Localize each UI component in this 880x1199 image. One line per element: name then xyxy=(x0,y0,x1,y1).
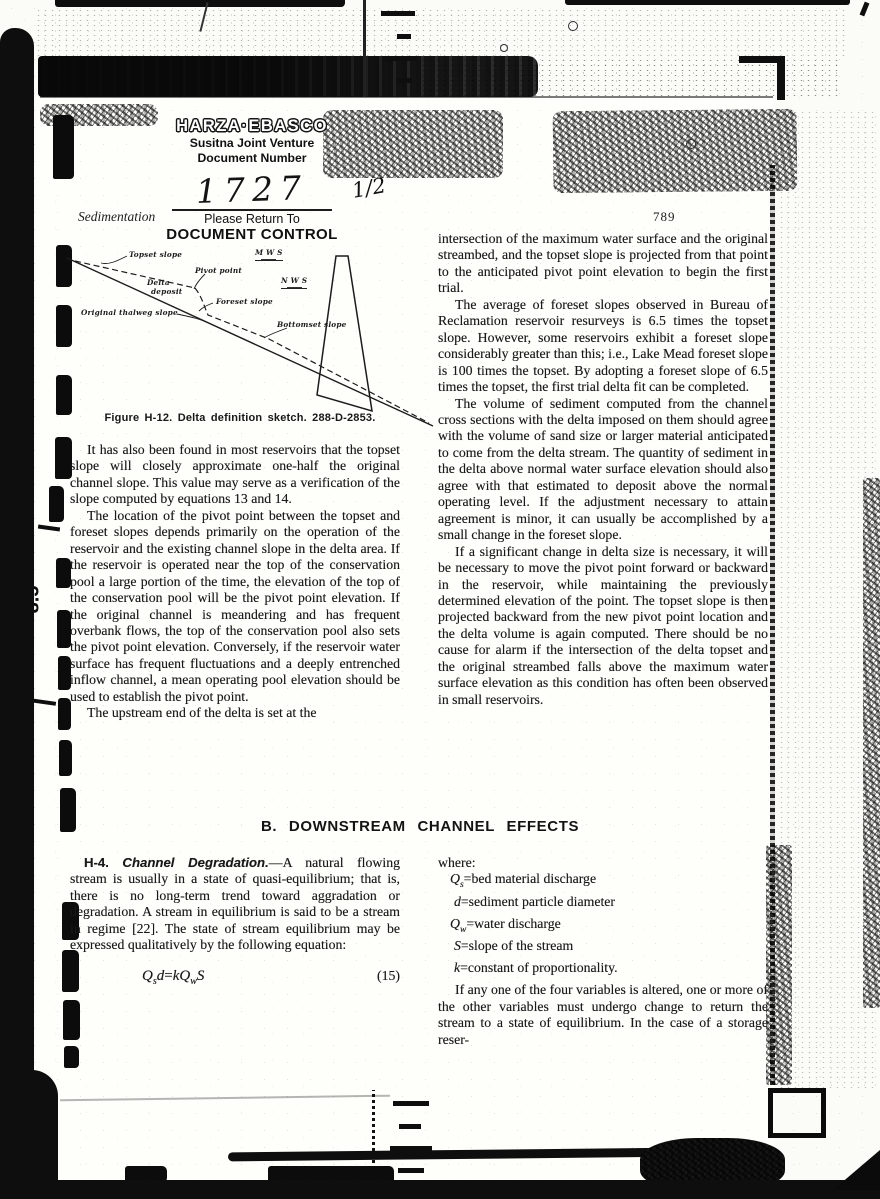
stamp-doc-number-label: Document Number xyxy=(150,151,354,166)
where-item: S=slope of the stream xyxy=(438,938,768,960)
binding-blob xyxy=(63,1000,80,1040)
margin-scale-label: 8.5 xyxy=(22,569,45,631)
scan-edge-mark xyxy=(565,0,850,5)
binding-blob xyxy=(57,610,71,648)
corner-bracket xyxy=(777,56,785,100)
scan-bottom-edge xyxy=(0,1180,880,1199)
scan-speck xyxy=(686,139,696,149)
label-topset-slope: Topset slope xyxy=(129,250,182,259)
document-control-stamp: HARZA·EBASCO Susitna Joint Venture Docum… xyxy=(150,117,354,243)
scan-edge-mark xyxy=(55,0,345,7)
paragraph: If a significant change in delta size is… xyxy=(438,544,768,709)
where-item: Qs=bed material discharge xyxy=(438,871,768,893)
label-max-water-surface: M W S xyxy=(255,248,283,261)
page-number: 789 xyxy=(653,209,676,225)
h4-title: Channel Degradation. xyxy=(122,855,268,870)
binding-blob xyxy=(53,115,74,179)
binding-line xyxy=(363,0,366,97)
binding-blob xyxy=(64,1046,79,1068)
dash-mark xyxy=(397,34,411,39)
where-item: Qw=water discharge xyxy=(438,916,768,938)
paragraph: intersection of the maximum water surfac… xyxy=(438,231,768,297)
scan-mottle xyxy=(766,845,792,1085)
dash-mark xyxy=(382,56,416,61)
figure-delta-sketch: Topset slope Pivot point Delta deposit F… xyxy=(55,244,440,436)
scan-speck xyxy=(860,2,870,17)
document-number-handwritten: 1727 xyxy=(195,168,308,211)
dash-mark xyxy=(393,1101,429,1106)
delta-sketch-drawing xyxy=(55,244,440,436)
fold-line xyxy=(40,96,773,98)
dash-mark xyxy=(397,78,412,83)
label-delta-deposit-1: Delta xyxy=(147,278,170,287)
stamp-box-outline xyxy=(768,1088,826,1138)
stamp-company: HARZA·EBASCO xyxy=(150,117,354,136)
label-bottomset-slope: Bottomset slope xyxy=(277,320,347,329)
dash-mark xyxy=(381,11,415,16)
equation-15: Qsd=kQwS xyxy=(142,968,204,987)
binding-blob xyxy=(59,740,72,776)
where-item: k=constant of proportionality. xyxy=(438,960,768,982)
h4-paragraph: H-4. Channel Degradation.—A natural flow… xyxy=(70,855,400,954)
label-delta-deposit-2: deposit xyxy=(151,287,182,296)
equation-number: (15) xyxy=(377,968,400,987)
scan-speck xyxy=(500,44,508,52)
stamp-venture: Susitna Joint Venture xyxy=(150,136,354,151)
scan-noise-band xyxy=(35,8,845,60)
scan-speck xyxy=(568,21,578,31)
stamp-return-line1: Please Return To xyxy=(150,212,354,226)
binding-blob xyxy=(49,486,64,522)
paragraph: It has also been found in most reservoir… xyxy=(70,442,400,508)
column-right-lower: where: Qs=bed material discharge d=sedim… xyxy=(438,855,768,1048)
figure-caption: Figure H-12. Delta definition sketch. 28… xyxy=(60,412,420,424)
column-left-upper: It has also been found in most reservoir… xyxy=(70,442,400,722)
paragraph: The volume of sediment computed from the… xyxy=(438,396,768,544)
label-normal-water-surface: N W S xyxy=(281,276,307,289)
column-left-lower: H-4. Channel Degradation.—A natural flow… xyxy=(70,855,400,987)
paragraph: The location of the pivot point between … xyxy=(70,508,400,705)
label-pivot-point: Pivot point xyxy=(195,266,242,275)
section-b-heading: B. DOWNSTREAM CHANNEL EFFECTS xyxy=(80,818,760,835)
where-item: d=sediment particle diameter xyxy=(438,894,768,916)
label-foreset-slope: Foreset slope xyxy=(216,297,273,306)
paragraph: The upstream end of the delta is set at … xyxy=(70,705,400,721)
scan-mottle xyxy=(863,478,880,1008)
dash-mark xyxy=(398,1168,424,1173)
scanned-document-page: HARZA·EBASCO Susitna Joint Venture Docum… xyxy=(0,0,880,1199)
dash-mark xyxy=(399,1124,421,1129)
paragraph: The average of foreset slopes observed i… xyxy=(438,297,768,396)
paragraph: If any one of the four variables is alte… xyxy=(438,982,768,1048)
equation-15-row: Qsd=kQwS (15) xyxy=(70,968,400,987)
h4-number: H-4. xyxy=(84,855,109,870)
scan-mottle xyxy=(553,109,798,194)
where-label: where: xyxy=(438,855,768,871)
column-right-upper: intersection of the maximum water surfac… xyxy=(438,231,768,708)
binding-blob xyxy=(56,558,71,588)
stamp-return-line2: DOCUMENT CONTROL xyxy=(150,226,354,243)
label-original-thalweg-slope: Original thalweg slope xyxy=(81,308,178,317)
binding-blob xyxy=(60,788,76,832)
running-head: Sedimentation xyxy=(78,209,155,225)
